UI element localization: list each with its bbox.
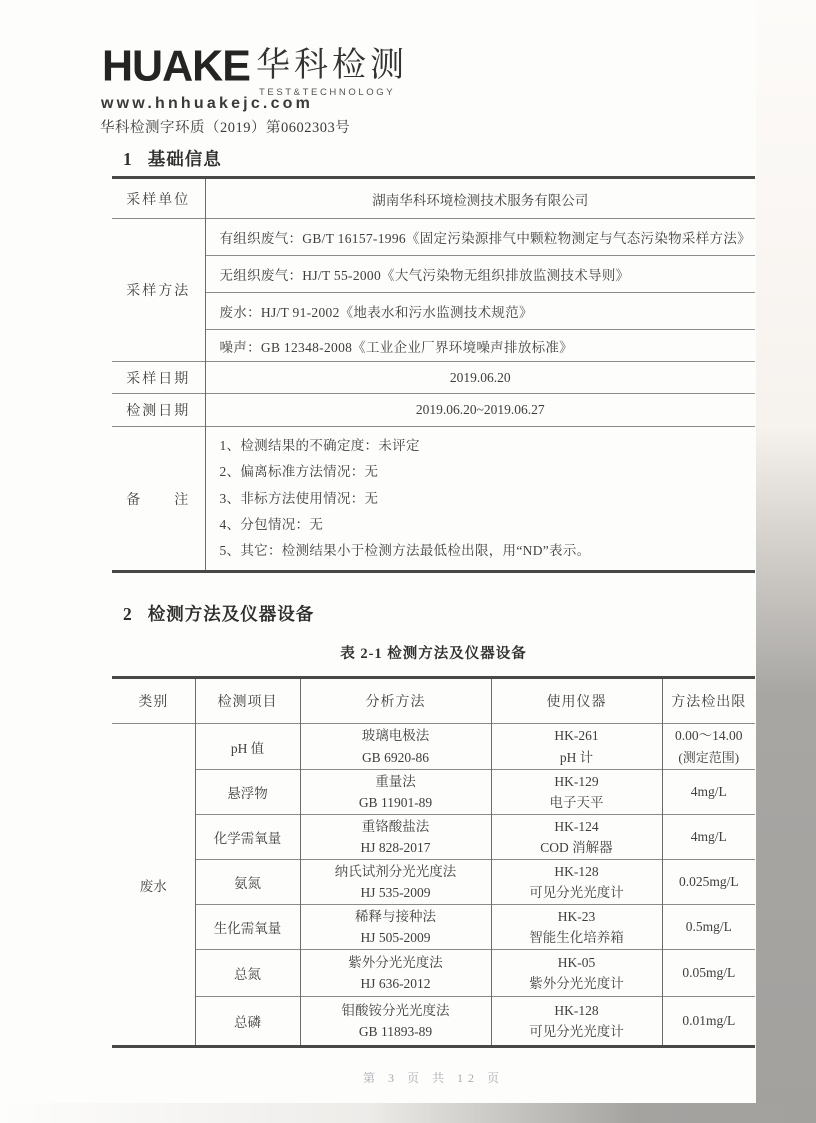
col-header-item: 检测项目 (195, 678, 300, 724)
item-name: 总磷 (195, 997, 300, 1047)
instrument-name: 电子天平 (492, 792, 662, 814)
col-header-category: 类别 (112, 678, 195, 724)
method-standard: HJ 535-2009 (301, 882, 491, 904)
limit-note: (测定范围) (663, 747, 756, 769)
analysis-method: 紫外分光光度法 HJ 636-2012 (300, 950, 491, 997)
instrument-name: pH 计 (492, 747, 662, 769)
table-row: 悬浮物 重量法 GB 11901-89 HK-129 电子天平 4mg/L (112, 770, 755, 815)
table-2-1-caption: 表 2-1 检测方法及仪器设备 (112, 642, 755, 663)
sampling-method-stack-gas: 有组织废气：GB/T 16157-1996《固定污染源排气中颗粒物测定与气态污染… (205, 219, 755, 256)
sampling-method-wastewater: 废水：HJ/T 91-2002《地表水和污水监测技术规范》 (205, 293, 755, 330)
method-standard: GB 11893-89 (301, 1021, 491, 1043)
col-header-detection-limit: 方法检出限 (662, 678, 755, 724)
method-name: 紫外分光光度法 (301, 952, 491, 974)
instrument: HK-128 可见分光光度计 (491, 997, 662, 1047)
table-row: 生化需氧量 稀释与接种法 HJ 505-2009 HK-23 智能生化培养箱 0… (112, 905, 755, 950)
remark-item-1: 1、检测结果的不确定度：未评定 (220, 433, 756, 459)
analysis-method: 重铬酸盐法 HJ 828-2017 (300, 815, 491, 860)
huake-logo-chinese: 华科检测 (256, 47, 408, 85)
instrument-name: 可见分光光度计 (492, 882, 662, 904)
instrument-code: HK-129 (492, 771, 662, 793)
instrument-code: HK-05 (492, 952, 662, 974)
remarks-label: 备 注 (112, 427, 205, 572)
category-wastewater: 废水 (112, 724, 195, 1047)
table-row: 化学需氧量 重铬酸盐法 HJ 828-2017 HK-124 COD 消解器 4… (112, 815, 755, 860)
huake-logo-wordmark: HUAKE (102, 44, 250, 89)
remarks-cell: 1、检测结果的不确定度：未评定 2、偏离标准方法情况：无 3、非标方法使用情况：… (205, 427, 755, 572)
instrument-name: 可见分光光度计 (492, 1021, 662, 1043)
item-name: 氨氮 (195, 860, 300, 905)
analysis-method: 重量法 GB 11901-89 (300, 770, 491, 815)
analysis-method: 玻璃电极法 GB 6920-86 (300, 724, 491, 770)
instrument: HK-128 可见分光光度计 (491, 860, 662, 905)
instrument-code: HK-128 (492, 1000, 662, 1022)
method-standard: HJ 828-2017 (301, 837, 491, 859)
method-standard: GB 11901-89 (301, 792, 491, 814)
col-header-analysis-method: 分析方法 (300, 678, 491, 724)
page-number-footer: 第 3 页 共 12 页 (112, 1069, 755, 1086)
method-standard: HJ 505-2009 (301, 927, 491, 949)
analysis-method: 钼酸铵分光光度法 GB 11893-89 (300, 997, 491, 1047)
sampling-unit-label: 采样单位 (112, 178, 205, 219)
sampling-unit-value: 湖南华科环境检测技术服务有限公司 (205, 178, 755, 219)
analysis-method: 纳氏试剂分光光度法 HJ 535-2009 (300, 860, 491, 905)
instrument-code: HK-23 (492, 906, 662, 928)
section-2-number: 2 (123, 604, 132, 624)
logo-website-url: www.hnhuakejc.com (101, 95, 313, 113)
item-name: 总氮 (195, 950, 300, 997)
section-1-heading: 1基础信息 (123, 146, 222, 171)
report-document-number: 华科检测字环质（2019）第0602303号 (100, 116, 350, 137)
method-name: 玻璃电极法 (301, 725, 491, 747)
item-name: 化学需氧量 (195, 815, 300, 860)
col-header-instrument: 使用仪器 (491, 678, 662, 724)
detection-limit: 4mg/L (662, 815, 755, 860)
section-1-number: 1 (123, 149, 132, 169)
detection-limit: 0.01mg/L (662, 997, 755, 1047)
remark-item-4: 4、分包情况：无 (220, 512, 756, 538)
table-row: 废水 pH 值 玻璃电极法 GB 6920-86 HK-261 pH 计 0.0… (112, 724, 755, 770)
instrument-code: HK-128 (492, 861, 662, 883)
instrument-name: 智能生化培养箱 (492, 927, 662, 949)
sampling-method-fugitive-gas: 无组织废气：HJ/T 55-2000《大气污染物无组织排放监测技术导则》 (205, 256, 755, 293)
detection-limit: 0.5mg/L (662, 905, 755, 950)
method-name: 钼酸铵分光光度法 (301, 1000, 491, 1022)
method-standard: HJ 636-2012 (301, 973, 491, 995)
report-page: HUAKE 华科检测 TEST&TECHNOLOGY www.hnhuakejc… (0, 0, 816, 1123)
section-2-title: 检测方法及仪器设备 (148, 604, 315, 624)
instrument: HK-124 COD 消解器 (491, 815, 662, 860)
item-name: 生化需氧量 (195, 905, 300, 950)
method-name: 稀释与接种法 (301, 906, 491, 928)
remark-item-2: 2、偏离标准方法情况：无 (220, 459, 756, 485)
analysis-method: 稀释与接种法 HJ 505-2009 (300, 905, 491, 950)
sampling-method-noise: 噪声：GB 12348-2008《工业企业厂界环境噪声排放标准》 (205, 330, 755, 362)
table-row: 总氮 紫外分光光度法 HJ 636-2012 HK-05 紫外分光光度计 0.0… (112, 950, 755, 997)
sampling-date-label: 采样日期 (112, 362, 205, 394)
test-date-label: 检测日期 (112, 394, 205, 427)
method-name: 重铬酸盐法 (301, 816, 491, 838)
instrument: HK-05 紫外分光光度计 (491, 950, 662, 997)
detection-limit: 0.00～14.00 (测定范围) (662, 724, 755, 770)
table-row: 氨氮 纳氏试剂分光光度法 HJ 535-2009 HK-128 可见分光光度计 … (112, 860, 755, 905)
basic-info-table: 采样单位 湖南华科环境检测技术服务有限公司 采样方法 有组织废气：GB/T 16… (112, 176, 755, 573)
instrument-name: COD 消解器 (492, 837, 662, 859)
method-instrument-table: 类别 检测项目 分析方法 使用仪器 方法检出限 废水 pH 值 玻璃电极法 GB… (112, 676, 755, 1048)
section-2-heading: 2检测方法及仪器设备 (123, 601, 314, 626)
instrument-code: HK-124 (492, 816, 662, 838)
instrument-code: HK-261 (492, 725, 662, 747)
detection-limit: 4mg/L (662, 770, 755, 815)
item-name: pH 值 (195, 724, 300, 770)
table-row: 总磷 钼酸铵分光光度法 GB 11893-89 HK-128 可见分光光度计 0… (112, 997, 755, 1047)
method-name: 重量法 (301, 771, 491, 793)
sampling-method-label: 采样方法 (112, 219, 205, 362)
detection-limit: 0.05mg/L (662, 950, 755, 997)
sampling-date-value: 2019.06.20 (205, 362, 755, 394)
limit-value: 0.00～14.00 (663, 725, 756, 747)
remark-item-5: 5、其它：检测结果小于检测方法最低检出限，用“ND”表示。 (220, 538, 756, 564)
test-date-value: 2019.06.20~2019.06.27 (205, 394, 755, 427)
item-name: 悬浮物 (195, 770, 300, 815)
instrument: HK-261 pH 计 (491, 724, 662, 770)
instrument-name: 紫外分光光度计 (492, 973, 662, 995)
section-1-title: 基础信息 (148, 149, 222, 169)
remark-item-3: 3、非标方法使用情况：无 (220, 486, 756, 512)
detection-limit: 0.025mg/L (662, 860, 755, 905)
method-name: 纳氏试剂分光光度法 (301, 861, 491, 883)
method-standard: GB 6920-86 (301, 747, 491, 769)
instrument: HK-23 智能生化培养箱 (491, 905, 662, 950)
instrument: HK-129 电子天平 (491, 770, 662, 815)
